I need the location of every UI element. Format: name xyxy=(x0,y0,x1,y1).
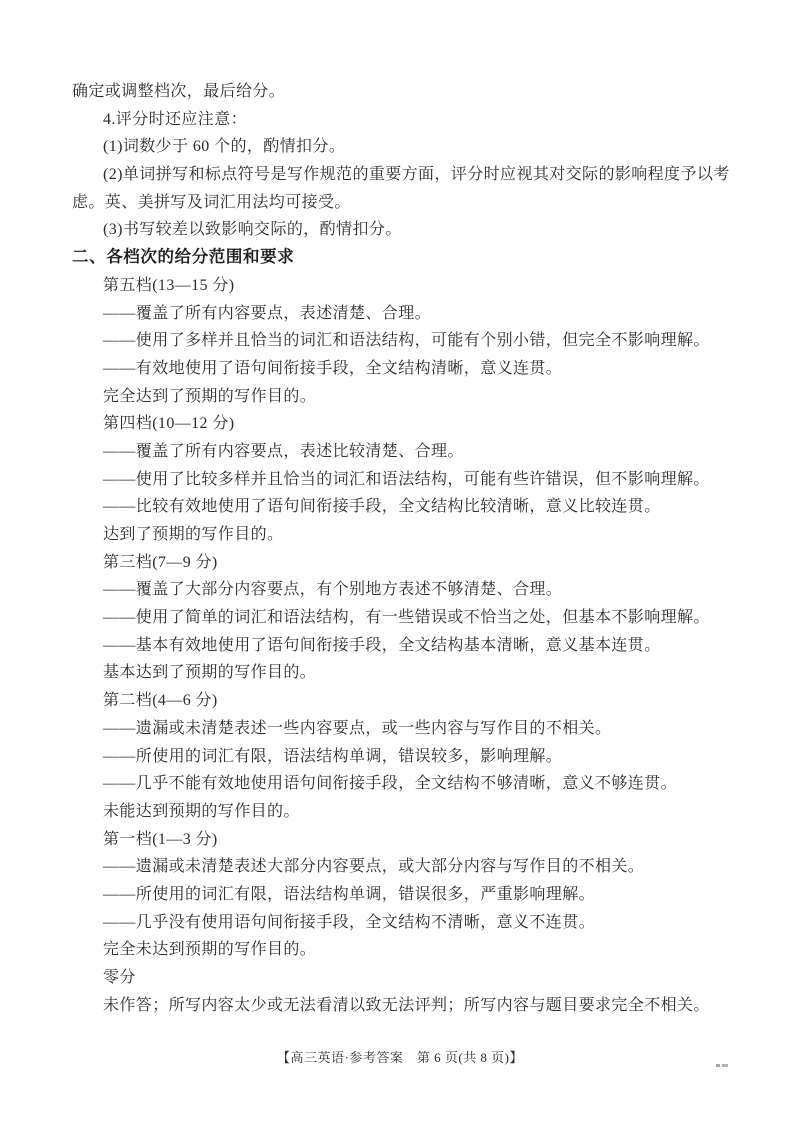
band3-point-1: ——覆盖了大部分内容要点，有个别地方表述不够清楚、合理。 xyxy=(72,576,762,604)
band3-title: 第三档(7—9 分) xyxy=(72,549,762,577)
band2-point-2: ——所使用的词汇有限，语法结构单调，错误较多，影响理解。 xyxy=(72,743,762,771)
note-4-item-2: (2)单词拼写和标点符号是写作规范的重要方面，评分时应视其对交际的影响程度予以考 xyxy=(72,161,762,189)
band1-title: 第一档(1—3 分) xyxy=(72,826,762,854)
document-body: 确定或调整档次，最后给分。 4.评分时还应注意： (1)词数少于 60 个的，酌… xyxy=(72,78,762,1019)
band3-summary: 基本达到了预期的写作目的。 xyxy=(72,659,762,687)
band5-point-1: ——覆盖了所有内容要点，表述清楚、合理。 xyxy=(72,300,762,328)
note-4-heading: 4.评分时还应注意： xyxy=(72,106,762,134)
band4-title: 第四档(10—12 分) xyxy=(72,410,762,438)
band2-point-3: ——几乎不能有效地使用语句间衔接手段，全文结构不够清晰，意义不够连贯。 xyxy=(72,770,762,798)
band2-summary: 未能达到预期的写作目的。 xyxy=(72,798,762,826)
band5-point-2: ——使用了多样并且恰当的词汇和语法结构，可能有个别小错，但完全不影响理解。 xyxy=(72,327,762,355)
line-adjust-conclusion: 确定或调整档次，最后给分。 xyxy=(72,78,762,106)
band5-title: 第五档(13—15 分) xyxy=(72,272,762,300)
scan-speck xyxy=(716,1064,728,1067)
band4-point-1: ——覆盖了所有内容要点，表述比较清楚、合理。 xyxy=(72,438,762,466)
band0-description: 未作答；所写内容太少或无法看清以致无法评判；所写内容与题目要求完全不相关。 xyxy=(72,992,762,1020)
band1-summary: 完全未达到预期的写作目的。 xyxy=(72,936,762,964)
band3-point-2: ——使用了简单的词汇和语法结构，有一些错误或不恰当之处，但基本不影响理解。 xyxy=(72,604,762,632)
scanned-document-page: 确定或调整档次，最后给分。 4.评分时还应注意： (1)词数少于 60 个的，酌… xyxy=(0,0,800,1124)
section-2-heading: 二、各档次的给分范围和要求 xyxy=(72,244,762,272)
band5-point-3: ——有效地使用了语句间衔接手段，全文结构清晰，意义连贯。 xyxy=(72,355,762,383)
band3-point-3: ——基本有效地使用了语句间衔接手段，全文结构基本清晰，意义基本连贯。 xyxy=(72,632,762,660)
note-4-item-1: (1)词数少于 60 个的，酌情扣分。 xyxy=(72,133,762,161)
band1-point-3: ——几乎没有使用语句间衔接手段，全文结构不清晰，意义不连贯。 xyxy=(72,909,762,937)
band5-summary: 完全达到了预期的写作目的。 xyxy=(72,383,762,411)
page-footer: 【高三英语·参考答案 第 6 页(共 8 页)】 xyxy=(0,1050,800,1065)
note-4-item-3: (3)书写较差以致影响交际的，酌情扣分。 xyxy=(72,216,762,244)
band1-point-2: ——所使用的词汇有限，语法结构单调，错误很多，严重影响理解。 xyxy=(72,881,762,909)
band4-point-2: ——使用了比较多样并且恰当的词汇和语法结构，可能有些许错误，但不影响理解。 xyxy=(72,466,762,494)
band4-point-3: ——比较有效地使用了语句间衔接手段，全文结构比较清晰，意义比较连贯。 xyxy=(72,493,762,521)
band4-summary: 达到了预期的写作目的。 xyxy=(72,521,762,549)
band0-title: 零分 xyxy=(72,964,762,992)
note-4-item-2-cont: 虑。英、美拼写及词汇用法均可接受。 xyxy=(72,189,762,217)
band2-title: 第二档(4—6 分) xyxy=(72,687,762,715)
band1-point-1: ——遗漏或未清楚表述大部分内容要点，或大部分内容与写作目的不相关。 xyxy=(72,853,762,881)
band2-point-1: ——遗漏或未清楚表述一些内容要点，或一些内容与写作目的不相关。 xyxy=(72,715,762,743)
